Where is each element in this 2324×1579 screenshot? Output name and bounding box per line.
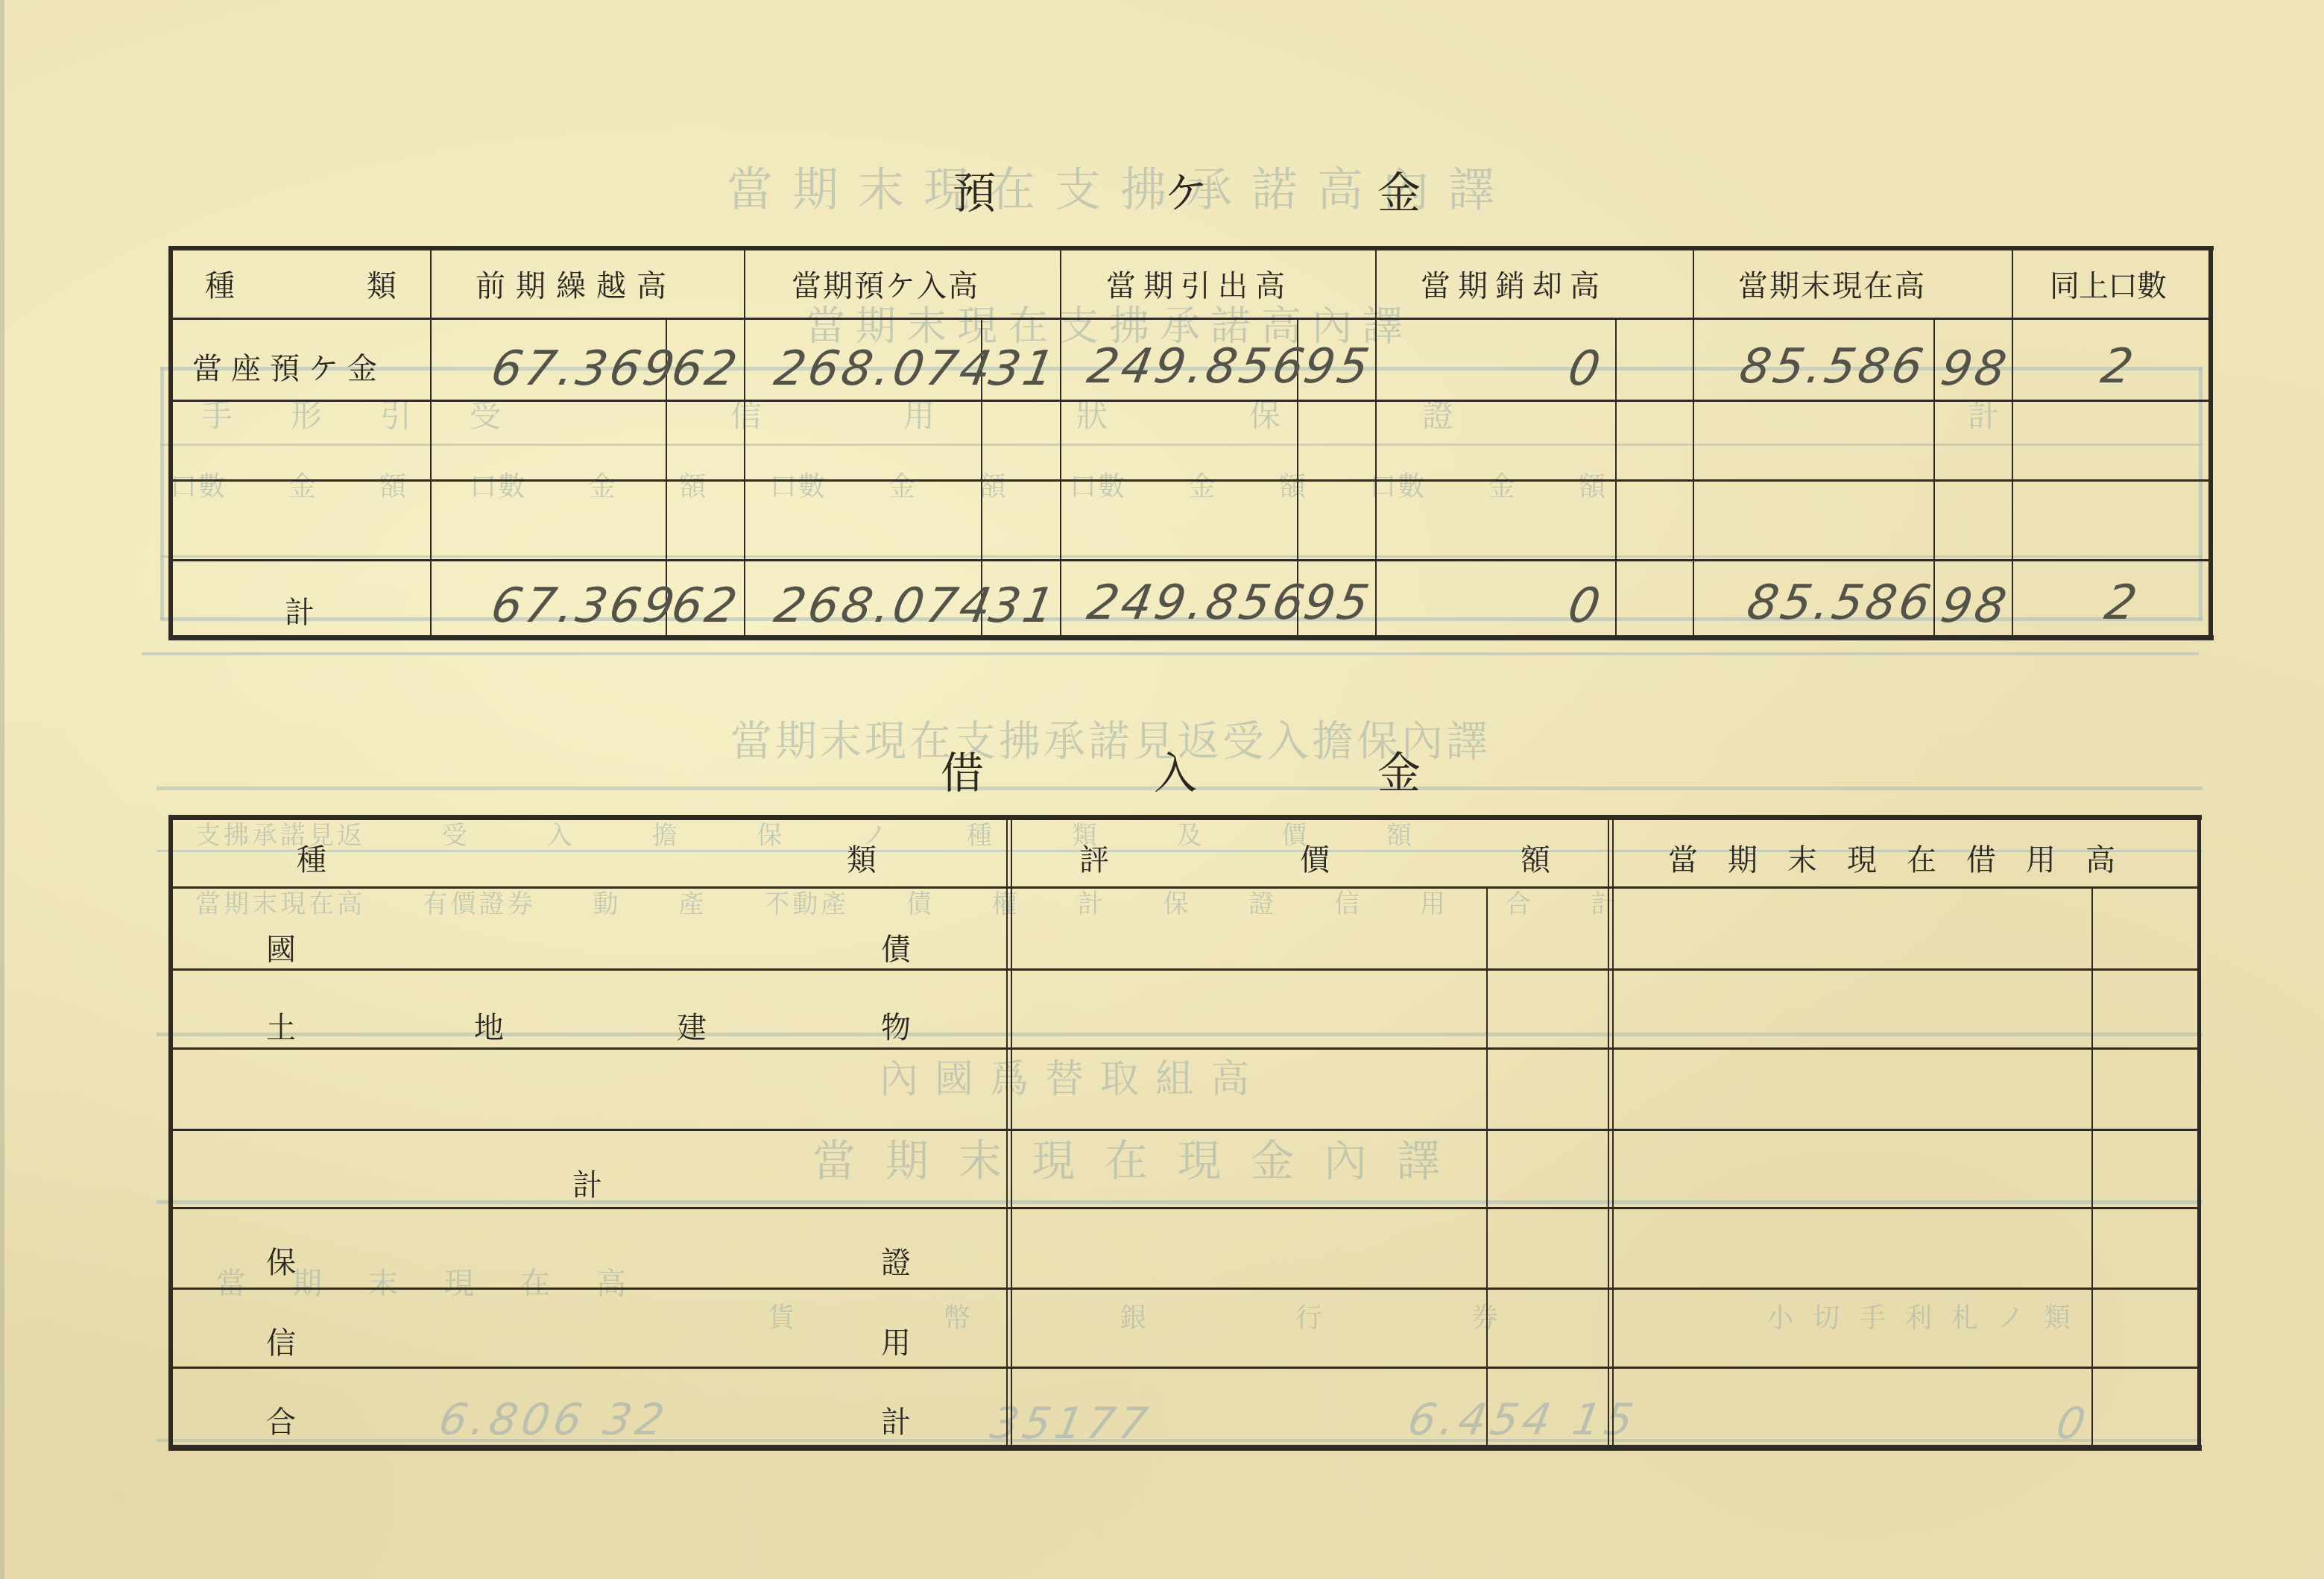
row-divider — [173, 1288, 2197, 1290]
header-kind-char-1: 種 — [297, 836, 326, 879]
withdrawn-yen: 249.856 — [1083, 339, 1311, 394]
header-deposited: 當期預ケ入高 — [792, 262, 979, 305]
sen-divider — [1486, 889, 1488, 1445]
row-divider — [173, 1207, 2197, 1209]
table-border-top — [168, 815, 2202, 820]
row-divider — [173, 479, 2209, 482]
header-divider — [173, 318, 2209, 320]
header-kind-char-1: 種 — [205, 262, 235, 305]
ghost-heading-cash-detail: 內國爲替取組高 — [880, 1047, 1266, 1103]
deposits-title-char-1: 預 — [953, 158, 996, 221]
row-divider — [173, 1367, 2197, 1369]
col-divider — [2012, 250, 2013, 635]
row-char: 證 — [881, 1239, 911, 1282]
row-char: 物 — [881, 1004, 911, 1047]
ghost-rule — [142, 652, 2199, 655]
ghost-total-char: 計 — [1968, 391, 1999, 436]
header-char: 期 — [1728, 843, 1787, 877]
prev-carry-yen: 67.369 — [487, 341, 681, 397]
ghost-char: 保 — [1249, 397, 1422, 434]
page-edge — [0, 0, 4, 1579]
header-char: 用 — [2026, 843, 2085, 877]
header-char: 現 — [1847, 843, 1907, 877]
accounts-count: 2 — [2100, 576, 2144, 631]
col-divider-double — [1011, 820, 1012, 1445]
header-valuation-char-3: 額 — [1521, 836, 1550, 879]
deposited-sen: 31 — [985, 341, 1061, 397]
header-char: 高 — [2085, 843, 2145, 877]
header-withdrawn: 當期引出高 — [1106, 262, 1292, 305]
row-char: 土 — [266, 1004, 296, 1047]
prev-carry-sen: 62 — [667, 579, 743, 634]
ghost-rule — [160, 555, 2203, 558]
table-border-right — [2197, 815, 2201, 1450]
row-char: 信 — [266, 1320, 296, 1362]
ghost-cash-other: 小切手利札ノ類 — [1766, 1297, 2090, 1335]
row-char: 計 — [572, 1162, 602, 1204]
col-divider — [1693, 250, 1694, 635]
ghost-char: 形 — [291, 397, 380, 434]
header-char: 借 — [1966, 843, 2026, 877]
col-divider — [744, 250, 745, 635]
ghost-heading-cash: 當期末現在現金內譯 — [812, 1126, 1470, 1188]
header-written-off: 當期銷却高 — [1421, 262, 1607, 305]
ghost-collateral-header: 支拂承諾見返 受 入 擔 保 ノ 種 類 及 價 額 — [195, 815, 1415, 851]
sen-divider — [2091, 889, 2093, 1445]
header-valuation-char-1: 評 — [1079, 836, 1109, 879]
header-valuation-char-2: 價 — [1300, 836, 1330, 879]
ghost-char: 受 — [470, 397, 559, 434]
header-accounts: 同上口數 — [2050, 262, 2166, 305]
sen-divider — [1615, 320, 1617, 635]
row-char: 保 — [266, 1239, 296, 1282]
ghost-count-headers: 口數 金 額 口數 金 額 口數 金 額 口數 金 額 口數 金 額 — [170, 466, 1607, 504]
deposits-title-char-3: 金 — [1377, 158, 1421, 221]
header-divider — [173, 886, 2197, 889]
ghost-char: 用 — [903, 397, 1076, 434]
col-divider-double — [1612, 820, 1614, 1445]
withdrawn-sen: 95 — [1299, 576, 1375, 631]
row-char: 建 — [677, 1004, 707, 1047]
ghost-subheaders: 手形引受 — [201, 391, 559, 436]
ghost-heading-mid: 當期末現在支拂承諾見返受入擔保內譯 — [730, 708, 1491, 768]
balance-sen: 98 — [1936, 341, 2012, 397]
row-divider — [173, 1129, 2197, 1131]
ghost-char: 手 — [201, 397, 291, 434]
ghost-rule — [160, 367, 164, 620]
row-char: 債 — [881, 926, 911, 968]
table-border-top — [168, 246, 2214, 250]
ghost-subheaders-2: 信用狀保證 — [730, 391, 1595, 436]
col-divider-double — [1006, 820, 1008, 1445]
deposits-title-char-2: ケ — [1164, 158, 1207, 221]
written-off-yen: 0 — [1564, 579, 1607, 634]
row-divider — [173, 1047, 2197, 1050]
ghost-char: 引 — [380, 397, 470, 434]
header-kind-char-2: 類 — [367, 262, 397, 305]
row-divider — [173, 968, 2197, 971]
ghost-char: 狀 — [1076, 397, 1249, 434]
ghost-rule — [157, 1033, 2203, 1036]
ghost-char: 信 — [730, 397, 903, 434]
header-balance: 當期末現在借用高 — [1668, 836, 2145, 879]
row-label: 當座預ケ金 — [192, 345, 386, 388]
header-char: 末 — [1787, 843, 1847, 877]
ghost-rule — [2199, 367, 2203, 620]
ghost-cash-value-3: 6.454 15 — [1404, 1394, 1641, 1445]
borrowings-title-char-2: 入 — [1154, 738, 1197, 801]
row-char: 計 — [881, 1399, 911, 1441]
header-balance: 當期末現在高 — [1738, 262, 1926, 305]
balance-yen: 85.586 — [1735, 339, 1930, 394]
withdrawn-yen: 249.856 — [1083, 576, 1311, 631]
table-border-left — [168, 815, 173, 1450]
ghost-rule — [157, 1200, 2203, 1204]
table-border-bottom — [168, 635, 2214, 640]
row-char: 合 — [266, 1399, 296, 1441]
table-border-left — [168, 246, 173, 640]
deposited-sen: 31 — [985, 579, 1061, 634]
row-label: 計 — [285, 589, 315, 631]
balance-yen: 85.586 — [1743, 576, 1937, 631]
written-off-yen: 0 — [1564, 341, 1607, 397]
col-divider — [1060, 250, 1061, 635]
col-divider — [430, 250, 432, 635]
borrowings-title-char-1: 借 — [941, 738, 984, 801]
deposited-yen: 268.074 — [770, 579, 998, 634]
table-border-right — [2208, 246, 2213, 640]
ghost-char: 證 — [1422, 397, 1595, 434]
ghost-collateral-sub: 當期末現在高 有價證券 動 產 不動產 債 權 計 保 證 信 用 合 計 — [195, 883, 1620, 920]
row-char: 用 — [881, 1320, 911, 1362]
col-divider-double — [1608, 820, 1609, 1445]
header-char: 當 — [1668, 843, 1728, 877]
borrowings-title-char-3: 金 — [1377, 738, 1421, 801]
prev-carry-sen: 62 — [667, 341, 743, 397]
row-char: 地 — [474, 1004, 504, 1047]
withdrawn-sen: 95 — [1299, 339, 1375, 394]
table-border-bottom — [168, 1445, 2202, 1451]
row-char: 國 — [266, 926, 296, 968]
header-char: 在 — [1907, 843, 1966, 877]
prev-carry-yen: 67.369 — [487, 579, 681, 634]
header-prev-carry: 前期繰越高 — [476, 262, 677, 305]
row-divider — [173, 400, 2209, 402]
header-kind-char-2: 類 — [847, 836, 877, 879]
ghost-cash-value-1: 6.806 32 — [435, 1394, 672, 1445]
ghost-rule — [160, 444, 2203, 446]
row-divider — [173, 559, 2209, 561]
balance-sen: 98 — [1936, 579, 2012, 634]
deposited-yen: 268.074 — [770, 341, 998, 397]
accounts-count: 2 — [2097, 339, 2140, 394]
